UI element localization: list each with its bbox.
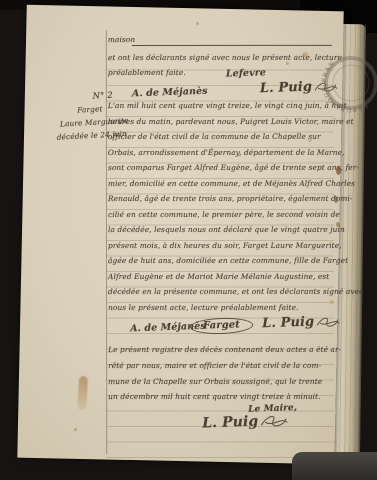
manuscript-line: officier de l'état civil de la commune d… (108, 129, 363, 145)
paraph-flourish-icon (259, 412, 290, 429)
manuscript-line: et ont les déclarants signé avec nous le… (108, 53, 342, 62)
paper-smudge-stain (77, 376, 88, 410)
closing-signature: L. Puig (202, 412, 290, 431)
manuscript-line: Renauld, âgé de trente trois ans, propri… (108, 191, 363, 207)
manuscript-line: décédée en la présente commune, et ont l… (108, 284, 363, 300)
manuscript-line: âgée de huit ans, domiciliée en cette co… (108, 253, 363, 269)
signature-text: L. Puig (260, 79, 313, 96)
book-clamp (292, 452, 377, 480)
manuscript-sheet: maison et ont les déclarants signé avec … (17, 5, 343, 465)
manuscript-line: sont comparus Farget Alfred Eugène, âgé … (108, 160, 363, 176)
manuscript-line: Le présent registre des décès contenant … (108, 342, 341, 358)
signature-mayor: L. Puig (262, 313, 342, 331)
deceased-surname: Farget (77, 104, 103, 114)
manuscript-line: Orbais, arrondissement d'Épernay, départ… (108, 144, 363, 160)
manuscript-line: rêté par nous, maire et officier de l'ét… (108, 358, 341, 374)
manuscript-line: cilié en cette commune, le premier père,… (108, 206, 363, 222)
fill-rule-line (132, 45, 332, 46)
manuscript-line: heures du matin, pardevant nous, Puigret… (108, 113, 363, 129)
manuscript-line: la décédée, lesquels nous ont déclaré qu… (108, 222, 363, 238)
manuscript-line: présent mois, à dix heures du soir, Farg… (108, 237, 363, 253)
signature-text: L. Puig (262, 314, 315, 331)
signature-declarant-previous: Lefevre (226, 67, 266, 79)
manuscript-line: préalablement faite. (108, 68, 186, 77)
manuscript-line: Alfred Eugène et de Mariot Marie Mélanie… (108, 268, 363, 284)
register-closing: Le présent registre des décès contenant … (108, 342, 341, 405)
manuscript-line: mier, domicilié en cette commune, et de … (108, 175, 363, 191)
signature-text: L. Puig (202, 413, 259, 431)
sheet-content: maison et ont les déclarants signé avec … (22, 8, 339, 461)
paraph-flourish-icon (315, 314, 341, 329)
manuscript-line: un décembre mil huit cent quatre vingt t… (108, 389, 341, 405)
manuscript-line: mune de la Chapelle sur Orbais soussigné… (108, 373, 341, 389)
previous-act-margin-word: maison (108, 35, 135, 44)
manuscript-line: nous le présent acte, lecture préalablem… (108, 299, 363, 315)
act-body: L'an mil huit cent quatre vingt treize, … (108, 98, 363, 315)
scanned-register-page: maison et ont les déclarants signé avec … (0, 0, 377, 480)
